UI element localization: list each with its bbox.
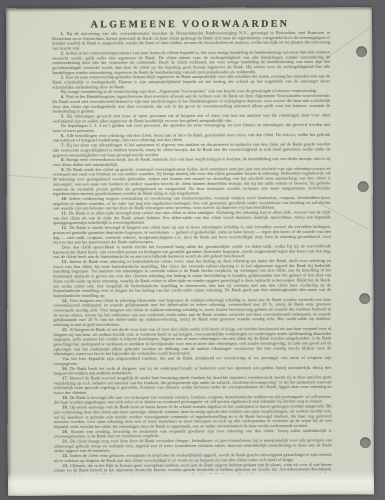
clause-number: 1. — [61, 31, 67, 36]
clause-number: 16. — [62, 366, 70, 371]
clause-number: 20. — [62, 429, 71, 434]
clause-number: 11. — [61, 211, 68, 216]
terms-paragraph: 12. De Bank is steeds bevoegd al hetgeen… — [53, 224, 331, 245]
clause-number: 4. — [61, 94, 66, 99]
terms-paragraph: 19. Op eerste aanvrage van de Bank moet … — [54, 404, 332, 429]
clause-number: 3. — [61, 75, 66, 80]
clause-number: 7. — [61, 143, 66, 148]
terms-paragraph: 14. Voor hetgeen een cliënt in rekening … — [53, 297, 331, 327]
clause-number: 8. — [61, 157, 66, 162]
terms-text-block: 1. Bij de uitvoering van alle overeenkom… — [52, 30, 332, 474]
terms-paragraph: 17. Hoewel de Bank zooveel mogelijk de o… — [54, 375, 332, 396]
terms-paragraph: 4. Niet in het Handelsregister ingeschre… — [52, 93, 330, 114]
punch-hole-1 — [356, 46, 367, 57]
clause-number: 15. — [62, 327, 69, 332]
document-title: ALGEMEENE VOORWAARDEN — [52, 18, 328, 30]
punch-hole-3 — [359, 293, 370, 304]
clause-number: 6. — [61, 133, 66, 138]
clause-number: 22. — [62, 453, 70, 458]
terms-paragraph: 1. Bij de uitvoering van alle overeenkom… — [52, 30, 330, 51]
clause-number: 9. — [61, 167, 66, 172]
clause-number: 2. — [61, 50, 66, 55]
clause-number: 23. — [62, 463, 69, 468]
scan-background: { "document": { "title": "ALGEMEENE VOOR… — [0, 0, 385, 500]
clause-number: 21. — [62, 439, 70, 444]
terms-paragraph: 9. De Bank zendt den cliënt op gezette, … — [53, 166, 331, 196]
clause-number: 17. — [62, 375, 70, 380]
page-bottom-margin — [8, 471, 374, 496]
document-page: ALGEMEENE VOORWAARDEN 1. Bij de uitvoeri… — [6, 7, 374, 496]
clause-number: 5. — [61, 114, 67, 119]
punch-hole-4 — [360, 437, 371, 448]
terms-paragraph: 2. Indien in het vennootschapscontract v… — [52, 50, 330, 75]
punch-hole-2 — [358, 181, 369, 192]
clause-number: 18. — [62, 395, 69, 400]
clause-number: 13. — [62, 259, 70, 264]
terms-text: 1. Bij de uitvoering van alle overeenkom… — [52, 30, 332, 474]
terms-paragraph: 13. Indien de Bank eene rekening in buit… — [53, 258, 331, 298]
clause-number: 10. — [61, 196, 69, 201]
terms-paragraph: 15. Al hetgeen de Bank of een derde voor… — [53, 326, 331, 356]
clause-number: 14. — [62, 298, 70, 303]
clause-number: 12. — [61, 225, 69, 230]
clause-number: 19. — [62, 405, 70, 410]
